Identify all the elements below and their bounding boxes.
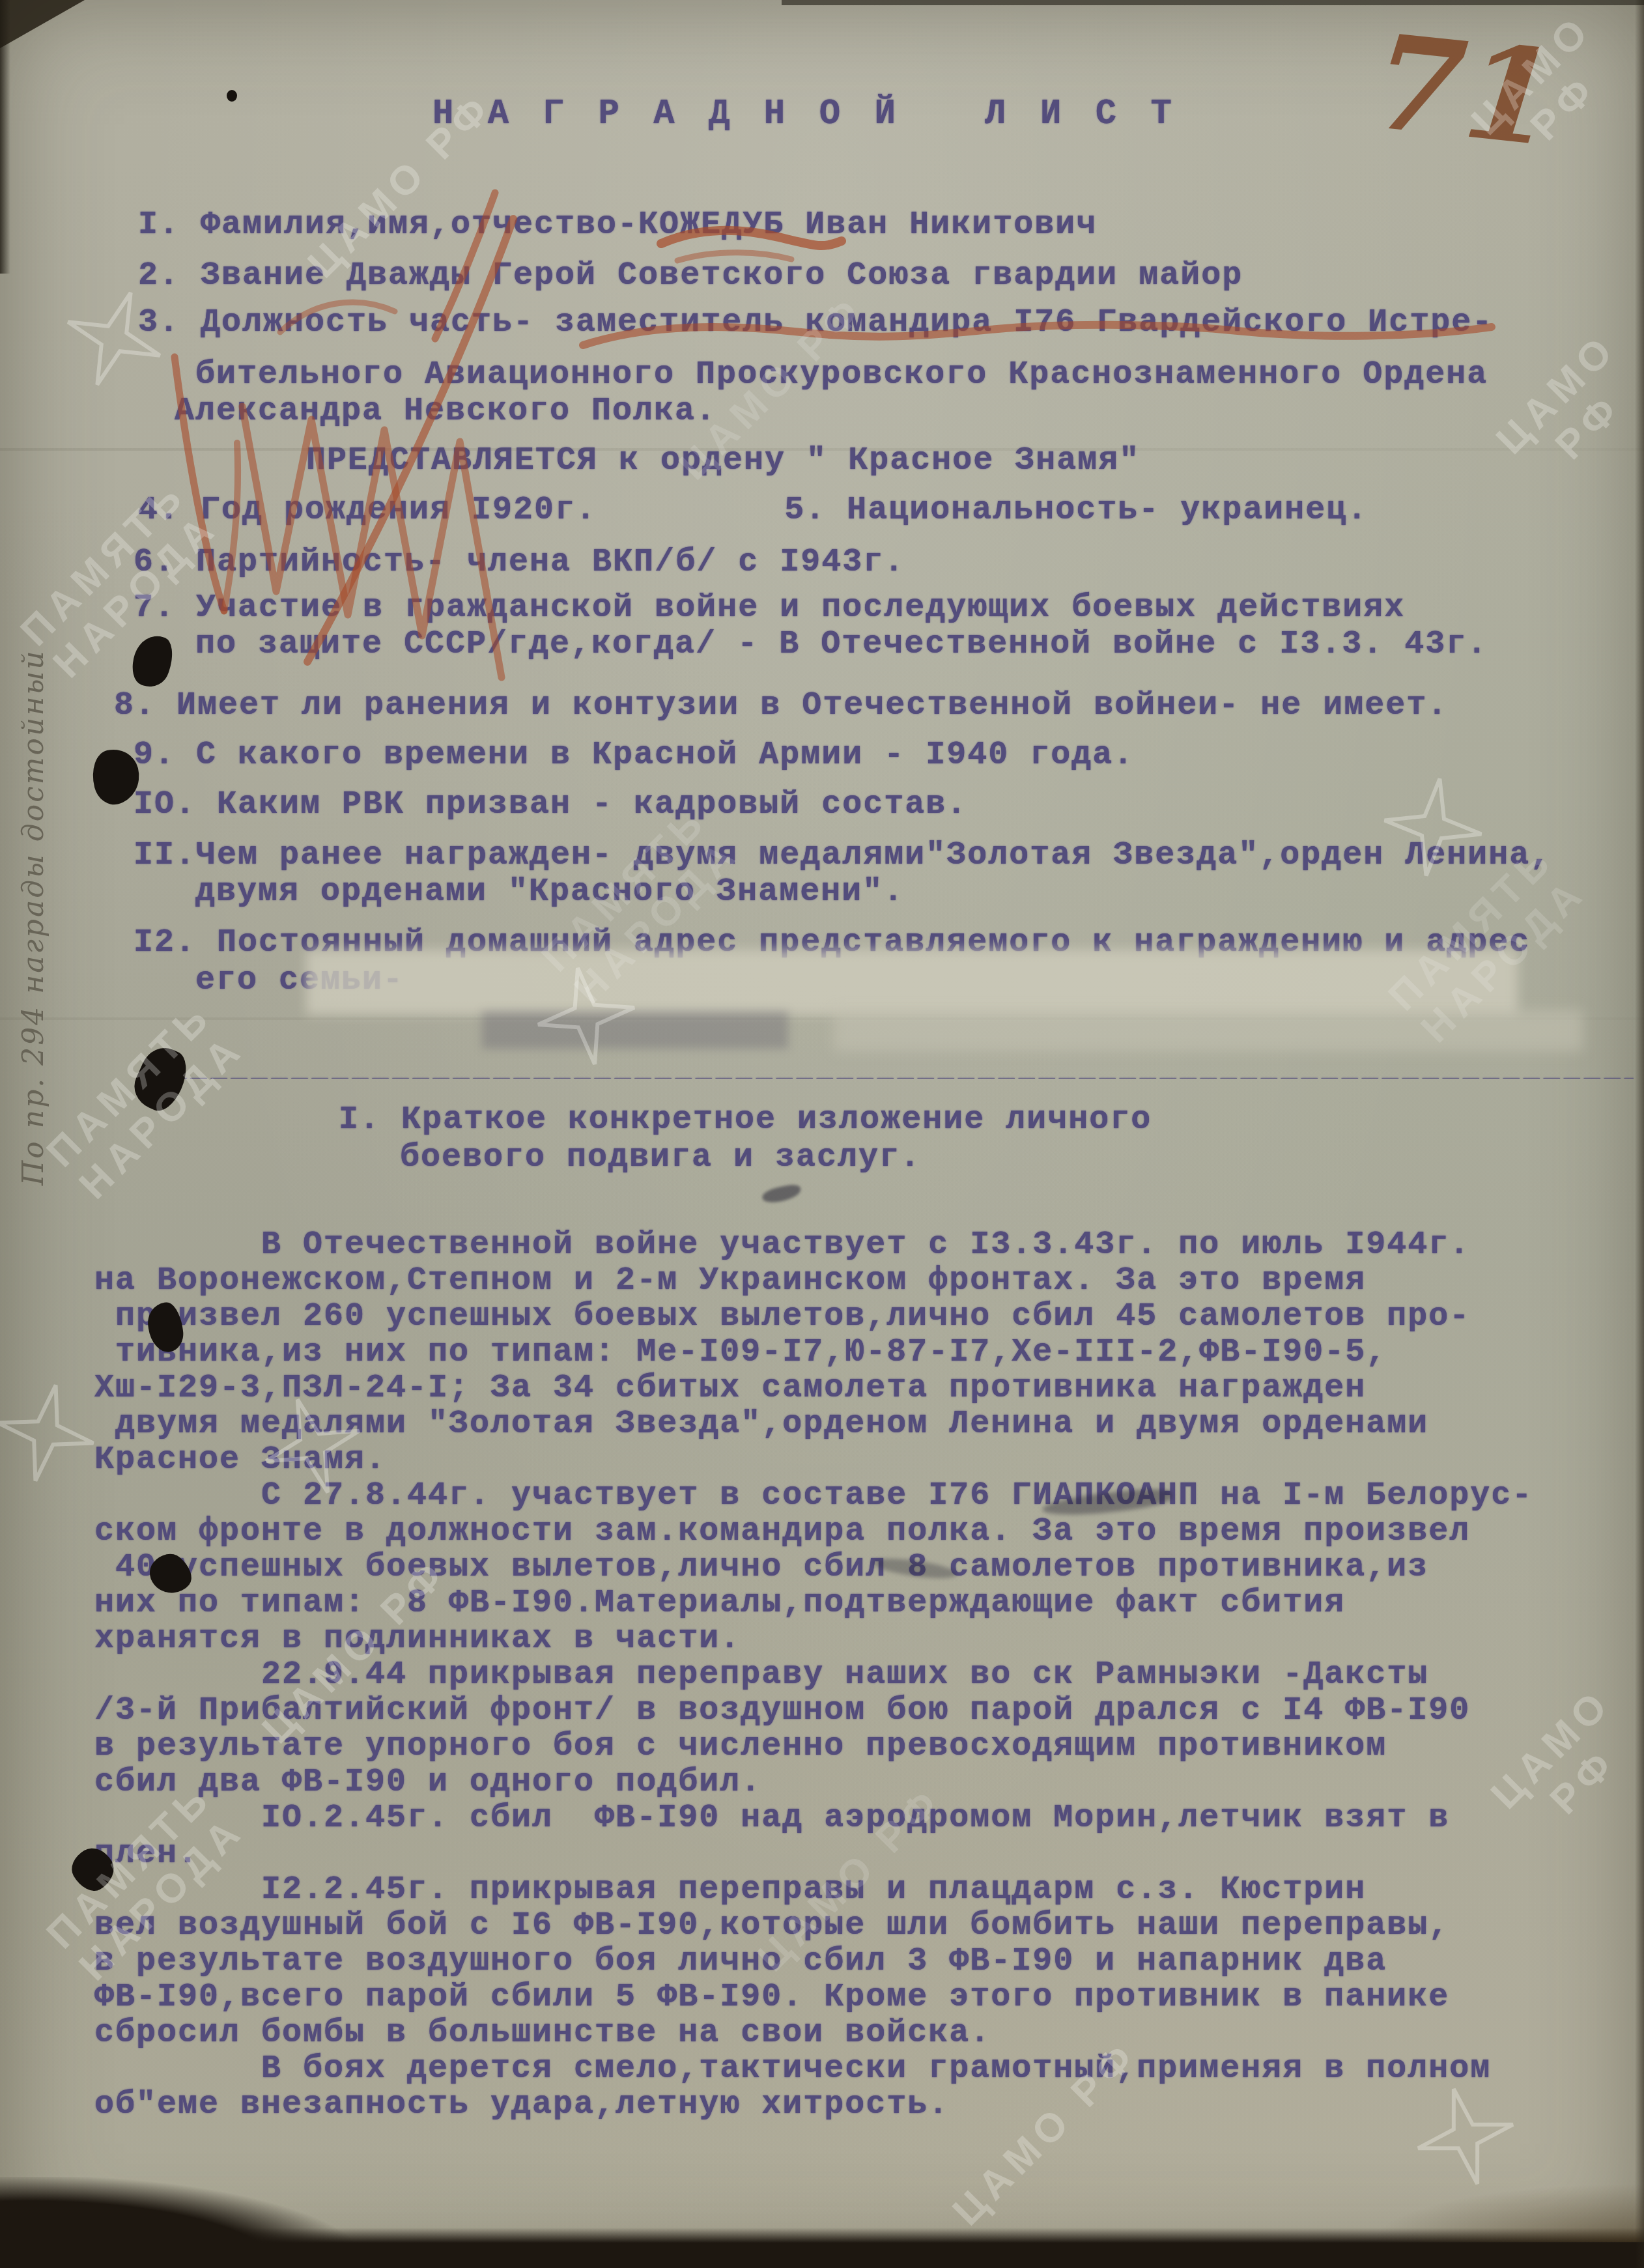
form-item-3-cont1: бительного Авиационного Проскуровского К…	[195, 357, 1488, 393]
form-item-4-5-birth-nationality: 4. Год рождения I920г. 5. Национальность…	[138, 492, 1368, 529]
document-title: Н А Г Р А Д Н О Й Л И С Т	[432, 96, 1178, 133]
form-item-12-cont: его семьи-	[195, 963, 404, 999]
presented-for-order: ПРЕДСТАВЛЯЕТСЯ к ордену " Красное Знамя"	[306, 443, 1140, 479]
watermark-archive: ЦАМО РФ	[1488, 325, 1644, 496]
scan-edge-top	[782, 0, 1644, 5]
form-item-1-name: I. Фамилия,имя,отчество-КОЖЕДУБ Иван Ник…	[138, 207, 1097, 244]
section-heading-line1: I. Краткое конкретное изложение личного	[339, 1102, 1152, 1139]
ink-speck	[227, 90, 237, 102]
handwritten-page-number: 71	[1367, 5, 1563, 177]
form-item-2-rank: 2. Звание Дважды Герой Советского Союза …	[138, 258, 1243, 294]
hole-punch	[126, 631, 178, 692]
form-item-3-cont2: Александра Невского Полка.	[175, 393, 716, 430]
form-item-11-awards: II.Чем ранее награжден- двумя медалями"З…	[134, 838, 1551, 874]
scan-edge-top-left	[0, 0, 85, 48]
combat-merit-narrative: В Отечественной войне участвует с I3.3.4…	[94, 1227, 1533, 2123]
scan-edge-bottom	[0, 2228, 1644, 2268]
form-item-8-wounds: 8. Имеет ли ранения и контузии в Отечест…	[114, 688, 1448, 724]
form-item-3-position: 3. Должность часть- заместитель командир…	[138, 305, 1493, 341]
form-item-11-cont: двумя орденами "Красного Знамени".	[195, 874, 904, 911]
section-divider: ========================================…	[149, 1042, 1634, 1079]
margin-handwritten-note: По пр. 294 награды достойный	[17, 208, 50, 1185]
scan-edge-right	[1635, 0, 1644, 2268]
ink-smudge	[761, 1183, 802, 1205]
scan-edge-bottom-right	[1370, 2183, 1644, 2242]
award-sheet-scan: Н А Г Р А Д Н О Й Л И С Т I. Фамилия,имя…	[0, 0, 1644, 2268]
form-item-7-participation: 7. Участие в гражданской войне и последу…	[134, 590, 1405, 627]
section-heading-line2: боевого подвига и заслуг.	[400, 1140, 921, 1176]
form-item-6-party: 6. Партийность- члена ВКП/б/ с I943г.	[134, 545, 905, 581]
scan-edge-left	[0, 0, 10, 274]
form-item-12-address: I2. Постоянный домашний адрес представля…	[134, 925, 1530, 961]
scan-edge-bottom-left	[0, 2177, 365, 2268]
form-item-7-cont: по защите СССР/где,когда/ - В Отечествен…	[195, 627, 1488, 663]
paper-crease	[0, 1017, 1644, 1020]
form-item-10-drafted: IO. Каким РВК призван - кадровый состав.	[134, 787, 967, 823]
form-item-9-service: 9. С какого времени в Красной Армии - I9…	[134, 737, 1134, 774]
